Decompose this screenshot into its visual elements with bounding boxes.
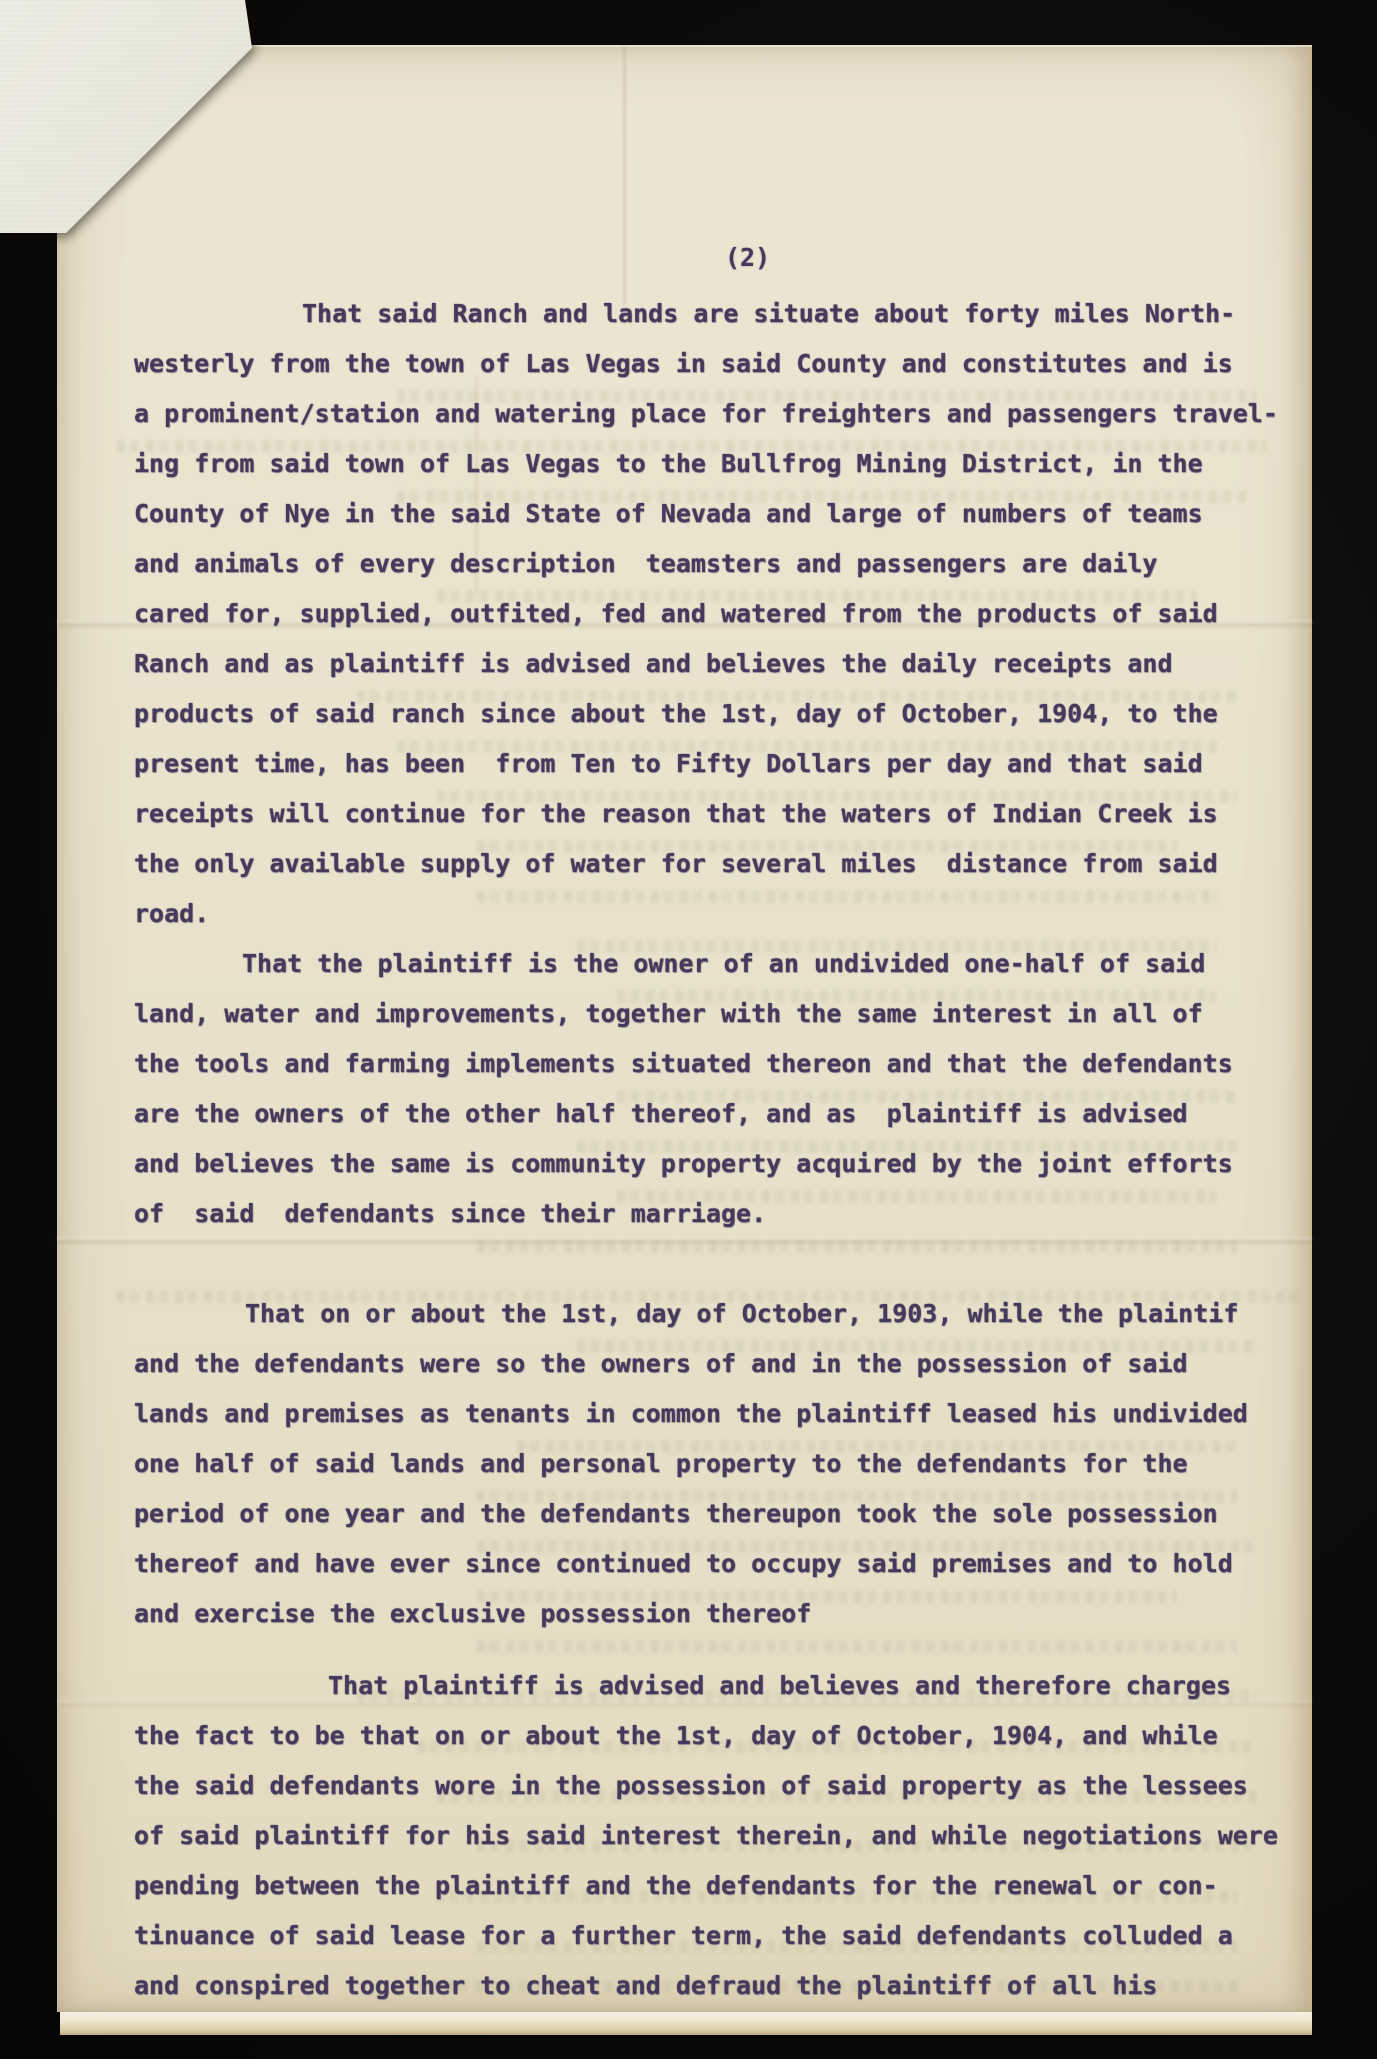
page-number: (2) — [725, 243, 770, 272]
text-line: and animals of every description teamste… — [134, 550, 1158, 578]
underlying-page-edge — [60, 2012, 1312, 2035]
text-line: of said defendants since their marriage. — [134, 1200, 766, 1228]
text-line: the said defendants wore in the possessi… — [134, 1772, 1248, 1800]
text-line: That the plaintiff is the owner of an un… — [242, 950, 1205, 978]
text-line: and exercise the exclusive possession th… — [134, 1600, 811, 1628]
white-paper-corner — [0, 0, 262, 237]
text-line: land, water and improvements, together w… — [134, 1000, 1203, 1028]
text-line: present time, has been from Ten to Fifty… — [134, 750, 1203, 778]
text-line: and the defendants were so the owners of… — [134, 1350, 1188, 1378]
text-line: That on or about the 1st, day of October… — [245, 1300, 1238, 1328]
text-line: That said Ranch and lands are situate ab… — [302, 300, 1235, 328]
text-line: westerly from the town of Las Vegas in s… — [134, 350, 1233, 378]
text-line: and believes the same is community prope… — [134, 1150, 1233, 1178]
text-line: the tools and farming implements situate… — [134, 1050, 1233, 1078]
text-line: the only available supply of water for s… — [134, 850, 1218, 878]
text-line: the fact to be that on or about the 1st,… — [134, 1722, 1218, 1750]
text-line: of said plaintiff for his said interest … — [134, 1822, 1278, 1850]
text-line: lands and premises as tenants in common … — [134, 1400, 1248, 1428]
text-line: ing from said town of Las Vegas to the B… — [134, 450, 1203, 478]
text-line: period of one year and the defendants th… — [134, 1500, 1218, 1528]
text-line: one half of said lands and personal prop… — [134, 1450, 1188, 1478]
text-line: a prominent/station and watering place f… — [134, 400, 1278, 428]
text-line: cared for, supplied, outfited, fed and w… — [134, 600, 1218, 628]
white-paper-corner-sheet — [0, 0, 262, 237]
text-line: and conspired together to cheat and defr… — [134, 1972, 1158, 2000]
document-page: (2) That said Ranch and lands are situat… — [57, 45, 1312, 2012]
scan-background: (2) That said Ranch and lands are situat… — [0, 0, 1377, 2059]
text-line: road. — [134, 900, 209, 928]
text-line: pending between the plaintiff and the de… — [134, 1872, 1218, 1900]
text-line: receipts will continue for the reason th… — [134, 800, 1218, 828]
text-line: products of said ranch since about the 1… — [134, 700, 1218, 728]
text-line: That plaintiff is advised and believes a… — [328, 1672, 1231, 1700]
text-line: Ranch and as plaintiff is advised and be… — [134, 650, 1173, 678]
text-line: are the owners of the other half thereof… — [134, 1100, 1188, 1128]
typewritten-text: (2) That said Ranch and lands are situat… — [57, 45, 1312, 2012]
text-line: thereof and have ever since continued to… — [134, 1550, 1233, 1578]
text-line: tinuance of said lease for a further ter… — [134, 1922, 1233, 1950]
text-line: County of Nye in the said State of Nevad… — [134, 500, 1203, 528]
